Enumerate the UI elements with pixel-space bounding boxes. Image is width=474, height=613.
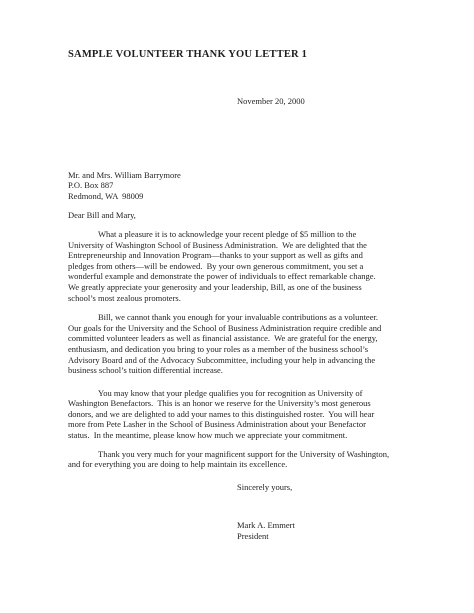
- letter-document: SAMPLE VOLUNTEER THANK YOU LETTER 1 Nove…: [0, 0, 474, 613]
- closing: Sincerely yours,: [237, 482, 446, 493]
- body-paragraph-1: What a pleasure it is to acknowledge you…: [68, 229, 446, 303]
- body-paragraph-2: Bill, we cannot thank you enough for you…: [68, 312, 446, 376]
- letter-date: November 20, 2000: [237, 96, 446, 107]
- signature-name: Mark A. Emmert: [237, 520, 446, 531]
- body-paragraph-3: You may know that your pledge qualifies …: [68, 388, 446, 441]
- recipient-address: Mr. and Mrs. William Barrymore P.O. Box …: [68, 170, 446, 202]
- letter-title: SAMPLE VOLUNTEER THANK YOU LETTER 1: [68, 49, 446, 61]
- body-paragraph-4: Thank you very much for your magnificent…: [68, 449, 446, 470]
- salutation: Dear Bill and Mary,: [68, 210, 446, 221]
- signature-title: President: [237, 531, 446, 542]
